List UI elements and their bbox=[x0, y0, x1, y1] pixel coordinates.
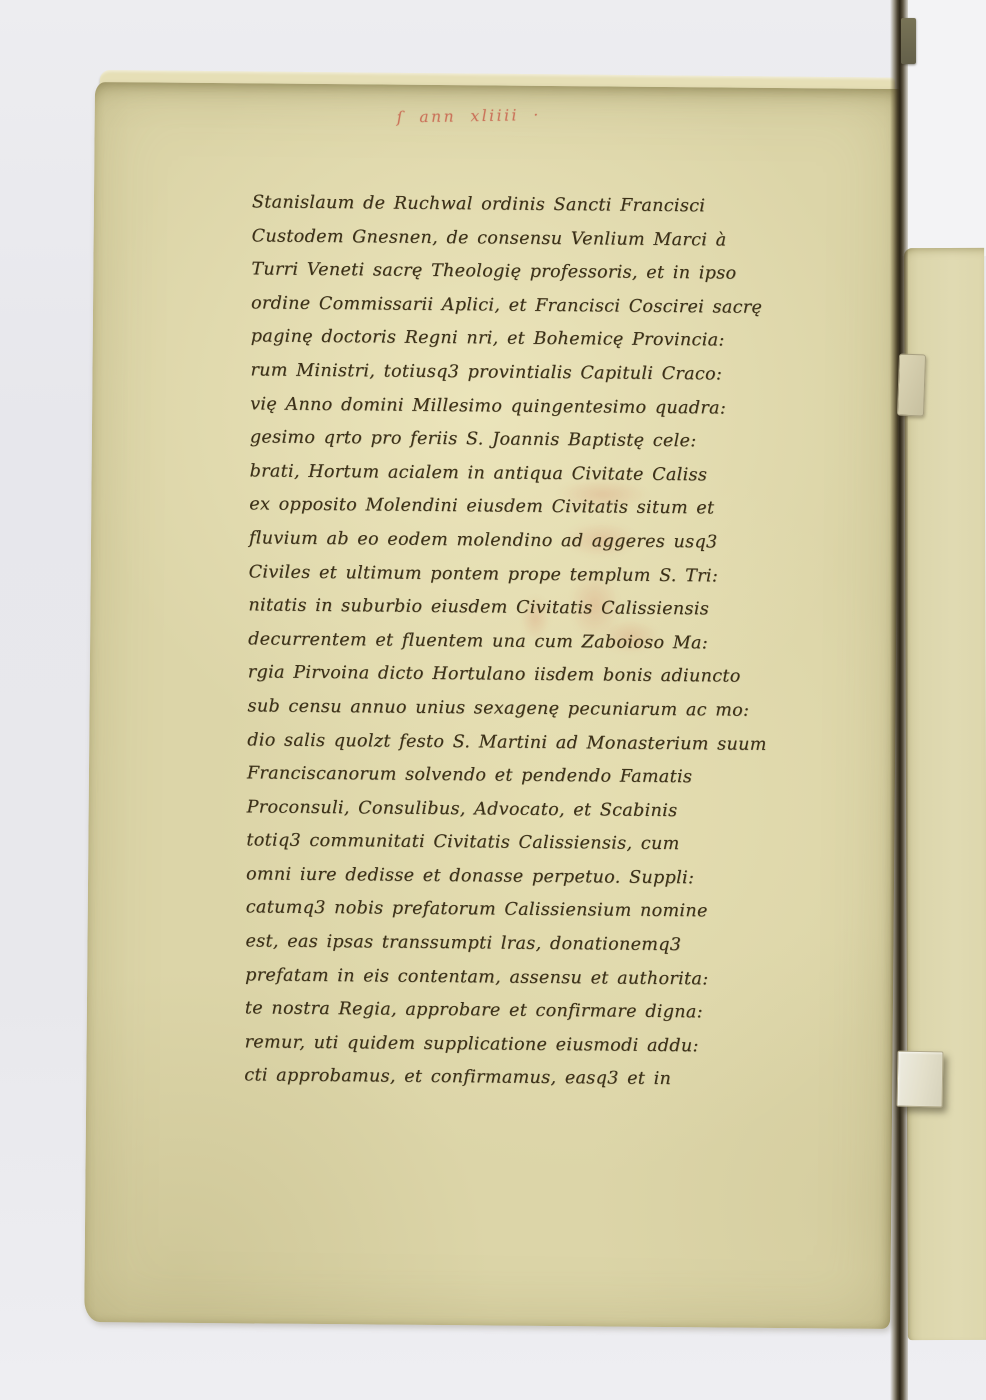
manuscript-text-line: paginę doctoris Regni nri, et Bohemicę P… bbox=[251, 321, 807, 359]
manuscript-text-line: prefatam in eis contentam, assensu et au… bbox=[245, 959, 801, 997]
manuscript-text-line: Turri Veneti sacrę Theologię professoris… bbox=[251, 254, 807, 292]
manuscript-text-line: Custodem Gnesnen, de consensu Venlium Ma… bbox=[252, 220, 808, 258]
manuscript-text-line: decurrentem et fluentem una cum Zaboioso… bbox=[248, 623, 804, 661]
manuscript-text-line: Civiles et ultimum pontem prope templum … bbox=[249, 556, 805, 594]
manuscript-text-line: Stanislaum de Ruchwal ordinis Sancti Fra… bbox=[252, 186, 808, 224]
manuscript-text-line: nitatis in suburbio eiusdem Civitatis Ca… bbox=[248, 589, 804, 627]
manuscript-text-line: ex opposito Molendini eiusdem Civitatis … bbox=[249, 489, 805, 527]
rubric-heading: ſ ann xliiii · bbox=[397, 106, 541, 127]
repair-tab-upper bbox=[897, 354, 926, 417]
binding-gutter bbox=[890, 0, 908, 1400]
manuscript-text-line: Proconsuli, Consulibus, Advocato, et Sca… bbox=[247, 791, 803, 829]
repair-tab-lower bbox=[897, 1051, 944, 1108]
manuscript-text-line: rgia Pirvoina dicto Hortulano iisdem bon… bbox=[248, 657, 804, 695]
manuscript-text-line: te nostra Regia, approbare et confirmare… bbox=[245, 993, 801, 1031]
manuscript-text-line: omni iure dedisse et donasse perpetuo. S… bbox=[246, 858, 802, 896]
manuscript-text-line: brati, Hortum acialem in antiqua Civitat… bbox=[249, 455, 805, 493]
manuscript-text-line: ordine Commissarii Aplici, et Francisci … bbox=[251, 287, 807, 325]
manuscript-text-line: vię Anno domini Millesimo quingentesimo … bbox=[250, 388, 806, 426]
manuscript-text-block: Stanislaum de Ruchwal ordinis Sancti Fra… bbox=[244, 186, 808, 1098]
binding-tab-top bbox=[901, 18, 916, 64]
manuscript-text-line: catumq3 nobis prefatorum Calissiensium n… bbox=[246, 892, 802, 930]
manuscript-text-line: remur, uti quidem supplicatione eiusmodi… bbox=[244, 1026, 800, 1064]
manuscript-text-line: rum Ministri, totiusq3 provintialis Capi… bbox=[250, 354, 806, 392]
manuscript-text-line: dio salis quolzt festo S. Martini ad Mon… bbox=[247, 724, 803, 762]
manuscript-text-line: est, eas ipsas transsumpti lras, donatio… bbox=[245, 925, 801, 963]
manuscript-text-line: Franciscanorum solvendo et pendendo Fama… bbox=[247, 757, 803, 795]
manuscript-text-line: fluvium ab eo eodem molendino ad aggeres… bbox=[249, 522, 805, 560]
manuscript-text-line: sub censu annuo unius sexagenę pecuniaru… bbox=[247, 690, 803, 728]
scanned-manuscript: ſ ann xliiii · Stanislaum de Ruchwal ord… bbox=[0, 0, 986, 1400]
manuscript-text-line: totiq3 communitati Civitatis Calissiensi… bbox=[246, 825, 802, 863]
manuscript-text-line: cti approbamus, et confirmamus, easq3 et… bbox=[244, 1060, 800, 1098]
manuscript-page: ſ ann xliiii · Stanislaum de Ruchwal ord… bbox=[84, 82, 901, 1329]
manuscript-text-line: gesimo qrto pro feriis S. Joannis Baptis… bbox=[250, 422, 806, 460]
